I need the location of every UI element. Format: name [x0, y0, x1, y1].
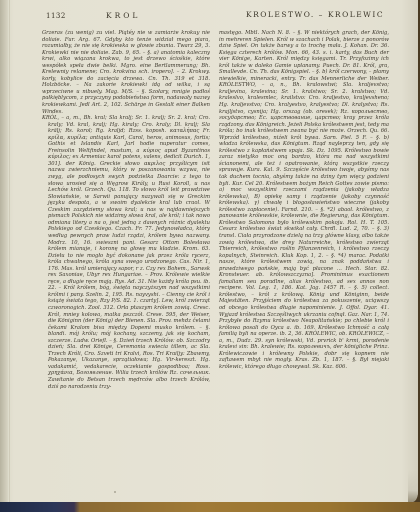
entry-krol: KRÓL, – a, m., Bh. kral; Sla kralj; Sr. …	[42, 115, 210, 390]
book-edge-background	[0, 502, 420, 512]
right-column: mastęgo. Mbtl. Nach N. 8. – §. W niektór…	[219, 30, 389, 370]
entry-krol-continued-krolestwo-krolewic: mastęgo. Mbtl. Nach N. 8. – §. W niektór…	[219, 30, 389, 370]
running-head-right: KROLESTWO. – KROLEWIC	[246, 10, 384, 19]
page-curl	[408, 470, 418, 502]
gutter-shadow	[0, 0, 8, 502]
entry-krokiew-continued: Grzeras (zu wenig) zu viel. Piątéy nie w…	[42, 30, 210, 115]
left-column: Grzeras (zu wenig) zu viel. Piątéy nie w…	[42, 30, 210, 390]
paper-speck	[114, 491, 116, 493]
page-number: 1132	[46, 12, 66, 20]
scanned-page: 1132 KROL KROLESTWO. – KROLEWIC Grzeras …	[0, 0, 418, 502]
running-head: 1132 KROL KROLESTWO. – KROLEWIC	[0, 8, 418, 22]
running-head-left: KROL	[106, 11, 140, 20]
gutter-line	[9, 0, 10, 502]
